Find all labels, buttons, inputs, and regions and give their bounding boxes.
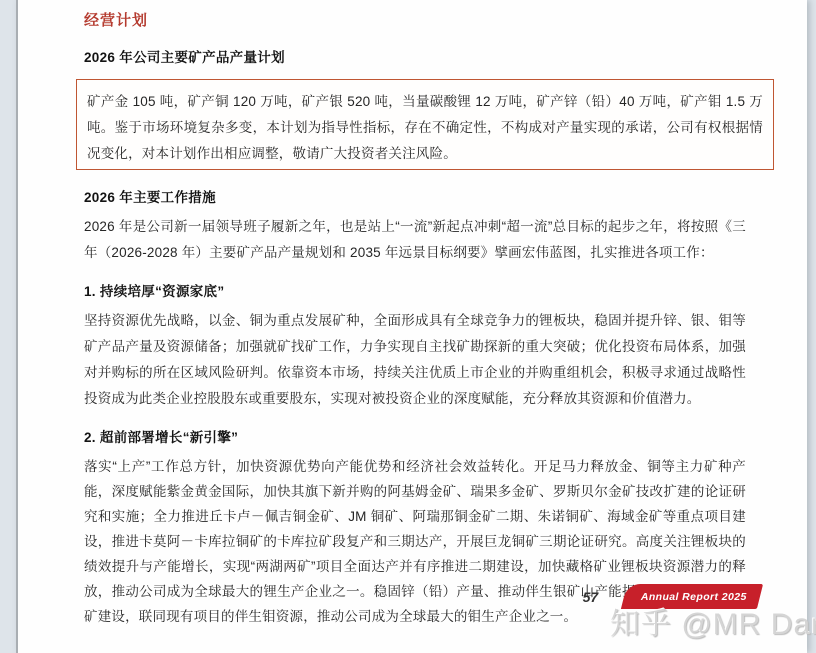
document-page: 经营计划 2026 年公司主要矿产品产量计划 矿产金 105 吨，矿产铜 120… (16, 0, 807, 653)
watermark: 知乎 @MR Dang (610, 599, 816, 643)
measure-1-body: 坚持资源优先战略，以金、铜为重点发展矿种，全面形成具有全球竞争力的锂板块，稳固并… (84, 308, 746, 412)
page-content: 经营计划 2026 年公司主要矿产品产量计划 矿产金 105 吨，矿产铜 120… (84, 0, 746, 629)
page-number: 57 (583, 589, 599, 605)
production-plan-text: 矿产金 105 吨，矿产铜 120 万吨，矿产银 520 吨，当量碳酸锂 12 … (87, 89, 763, 167)
work-measures-heading: 2026 年主要工作措施 (84, 186, 746, 206)
production-plan-notice-box: 矿产金 105 吨，矿产铜 120 万吨，矿产银 520 吨，当量碳酸锂 12 … (76, 79, 774, 170)
production-plan-heading: 2026 年公司主要矿产品产量计划 (84, 46, 746, 66)
section-title: 经营计划 (84, 9, 746, 30)
measure-2-heading: 2. 超前部署增长“新引擎” (84, 426, 746, 446)
work-measures-intro: 2026 年是公司新一届领导班子履新之年，也是站上“一流”新起点冲刺“超一流”总… (84, 214, 746, 266)
measure-1-heading: 1. 持续培厚“资源家底” (84, 280, 746, 300)
